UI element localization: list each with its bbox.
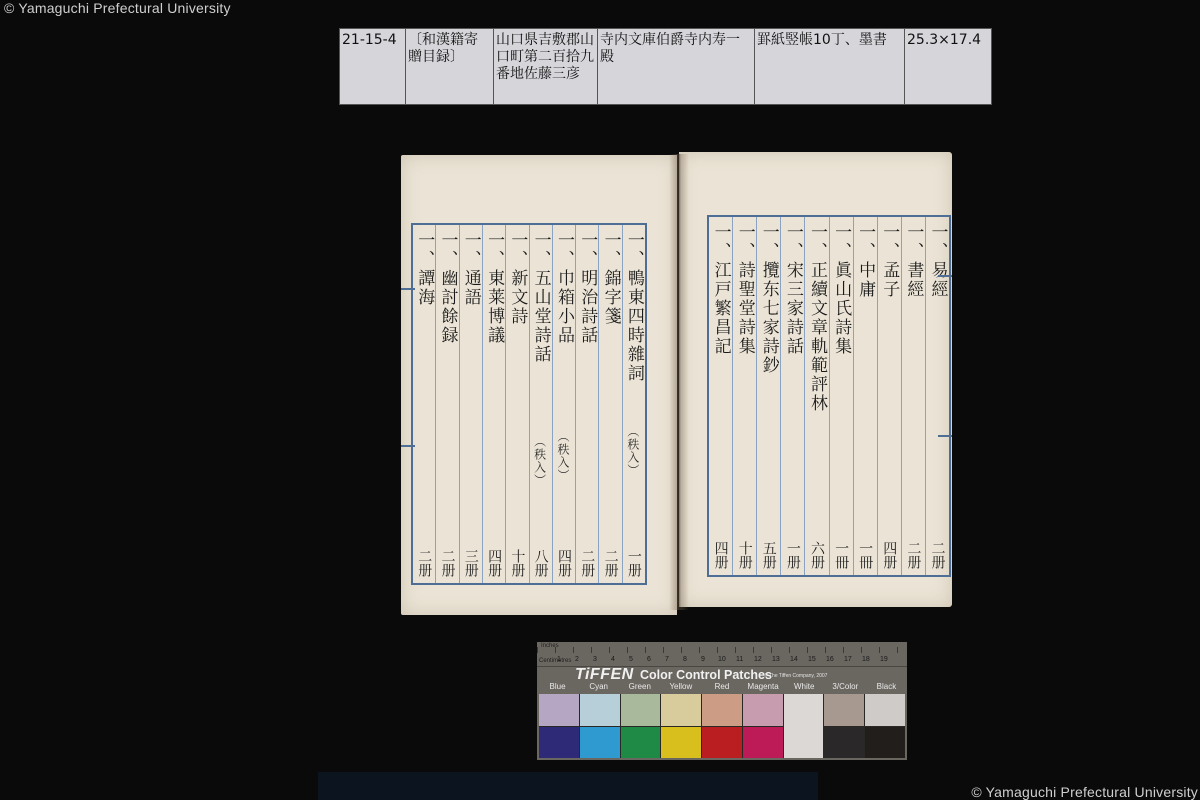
left-page: 一、鴨東四時雜詞（秩入）一册 一、錦字箋二册 一、明治詩話二册 一、巾箱小品（秩… (401, 155, 677, 615)
right-page-ruled-frame: 一、易經二册 一、書經二册 一、孟子四册 一、中庸一冊 一、眞山氏詩集一冊 一、… (707, 215, 951, 577)
chart-title: Color Control Patches (640, 668, 772, 682)
catalog-format: 罫紙竪帳10丁、墨書 (755, 29, 905, 105)
color-patch-black-dark (865, 727, 905, 759)
list-item: 一、錦字箋二册 (598, 225, 621, 583)
color-patch-3-color-light (824, 694, 864, 726)
color-patch-magenta-light (743, 694, 783, 726)
list-item: 一、幽討餘録二册 (435, 225, 458, 583)
list-item: 一、宋三家詩話一册 (780, 217, 804, 575)
color-patch-black-light (865, 694, 905, 726)
color-control-chart: Inches Centimetres 1 2 3 4 5 6 7 8 9 10 … (537, 642, 907, 760)
color-patch-green-light (621, 694, 661, 726)
ruler: Inches Centimetres 1 2 3 4 5 6 7 8 9 10 … (537, 642, 907, 667)
color-patch-blue-dark (539, 727, 579, 759)
binding-mark (938, 435, 952, 437)
color-patch-magenta-dark (743, 727, 783, 759)
list-item: 一、中庸一冊 (853, 217, 877, 575)
list-item: 一、通語三册 (459, 225, 482, 583)
ruler-cm-label: Centimetres (539, 658, 571, 664)
color-patches (539, 694, 905, 758)
open-book: 一、鴨東四時雜詞（秩入）一册 一、錦字箋二册 一、明治詩話二册 一、巾箱小品（秩… (401, 150, 955, 611)
catalog-donor-address: 山口県吉敷郡山口町第二百拾九番地佐藤三彦 (494, 29, 598, 105)
list-item: 一、譚海二册 (413, 225, 435, 583)
patch-labels: Blue Cyan Green Yellow Red Magenta White… (537, 682, 907, 694)
ruler-inches-label: Inches (541, 643, 559, 649)
list-item: 一、攬东七家詩鈔五册 (756, 217, 780, 575)
color-patch-red-dark (702, 727, 742, 759)
list-item: 一、東莱博議四册 (482, 225, 505, 583)
list-item: 一、巾箱小品（秩入）四册 (552, 225, 575, 583)
color-patch-red-light (702, 694, 742, 726)
list-item: 一、書經二册 (901, 217, 925, 575)
list-item: 一、江戸繁昌記四册 (709, 217, 732, 575)
list-item: 一、五山堂詩話（秩入）八册 (529, 225, 552, 583)
color-patch-yellow-dark (661, 727, 701, 759)
catalog-collection: 寺内文庫伯爵寺内寿一殿 (598, 29, 755, 105)
list-item: 一、眞山氏詩集一冊 (829, 217, 853, 575)
color-patch-yellow-light (661, 694, 701, 726)
binding-mark (401, 445, 415, 447)
chart-copyright: © The Tiffen Company, 2007 (764, 673, 827, 679)
copyright-watermark-bottom: © Yamaguchi Prefectural University (971, 784, 1198, 800)
list-item: 一、孟子四册 (877, 217, 901, 575)
color-patch-cyan-light (580, 694, 620, 726)
binding-mark (401, 288, 415, 290)
color-patch-blue-light (539, 694, 579, 726)
catalog-label: 21-15-4 〔和漢籍寄贈目録〕 山口県吉敷郡山口町第二百拾九番地佐藤三彦 寺… (339, 28, 992, 105)
right-page: 一、易經二册 一、書經二册 一、孟子四册 一、中庸一冊 一、眞山氏詩集一冊 一、… (679, 152, 952, 607)
book-spine-gutter (669, 154, 689, 610)
list-item: 一、正續文章軌範評林六册 (804, 217, 828, 575)
binding-mark (938, 275, 952, 277)
list-item: 一、明治詩話二册 (575, 225, 598, 583)
stand-base (318, 772, 818, 800)
left-page-ruled-frame: 一、鴨東四時雜詞（秩入）一册 一、錦字箋二册 一、明治詩話二册 一、巾箱小品（秩… (411, 223, 647, 585)
list-item: 一、新文詩十册 (505, 225, 528, 583)
list-item: 一、鴨東四時雜詞（秩入）一册 (622, 225, 645, 583)
color-patch-green-dark (621, 727, 661, 759)
list-item: 一、詩聖堂詩集十册 (732, 217, 756, 575)
catalog-id: 21-15-4 (340, 29, 406, 105)
list-item: 一、易經二册 (925, 217, 949, 575)
color-patch-white-light (784, 694, 824, 758)
catalog-title: 〔和漢籍寄贈目録〕 (406, 29, 494, 105)
color-patch-3-color-dark (824, 727, 864, 759)
color-patch-cyan-dark (580, 727, 620, 759)
catalog-dimensions: 25.3×17.4 (905, 29, 992, 105)
copyright-watermark-top: © Yamaguchi Prefectural University (4, 0, 231, 16)
